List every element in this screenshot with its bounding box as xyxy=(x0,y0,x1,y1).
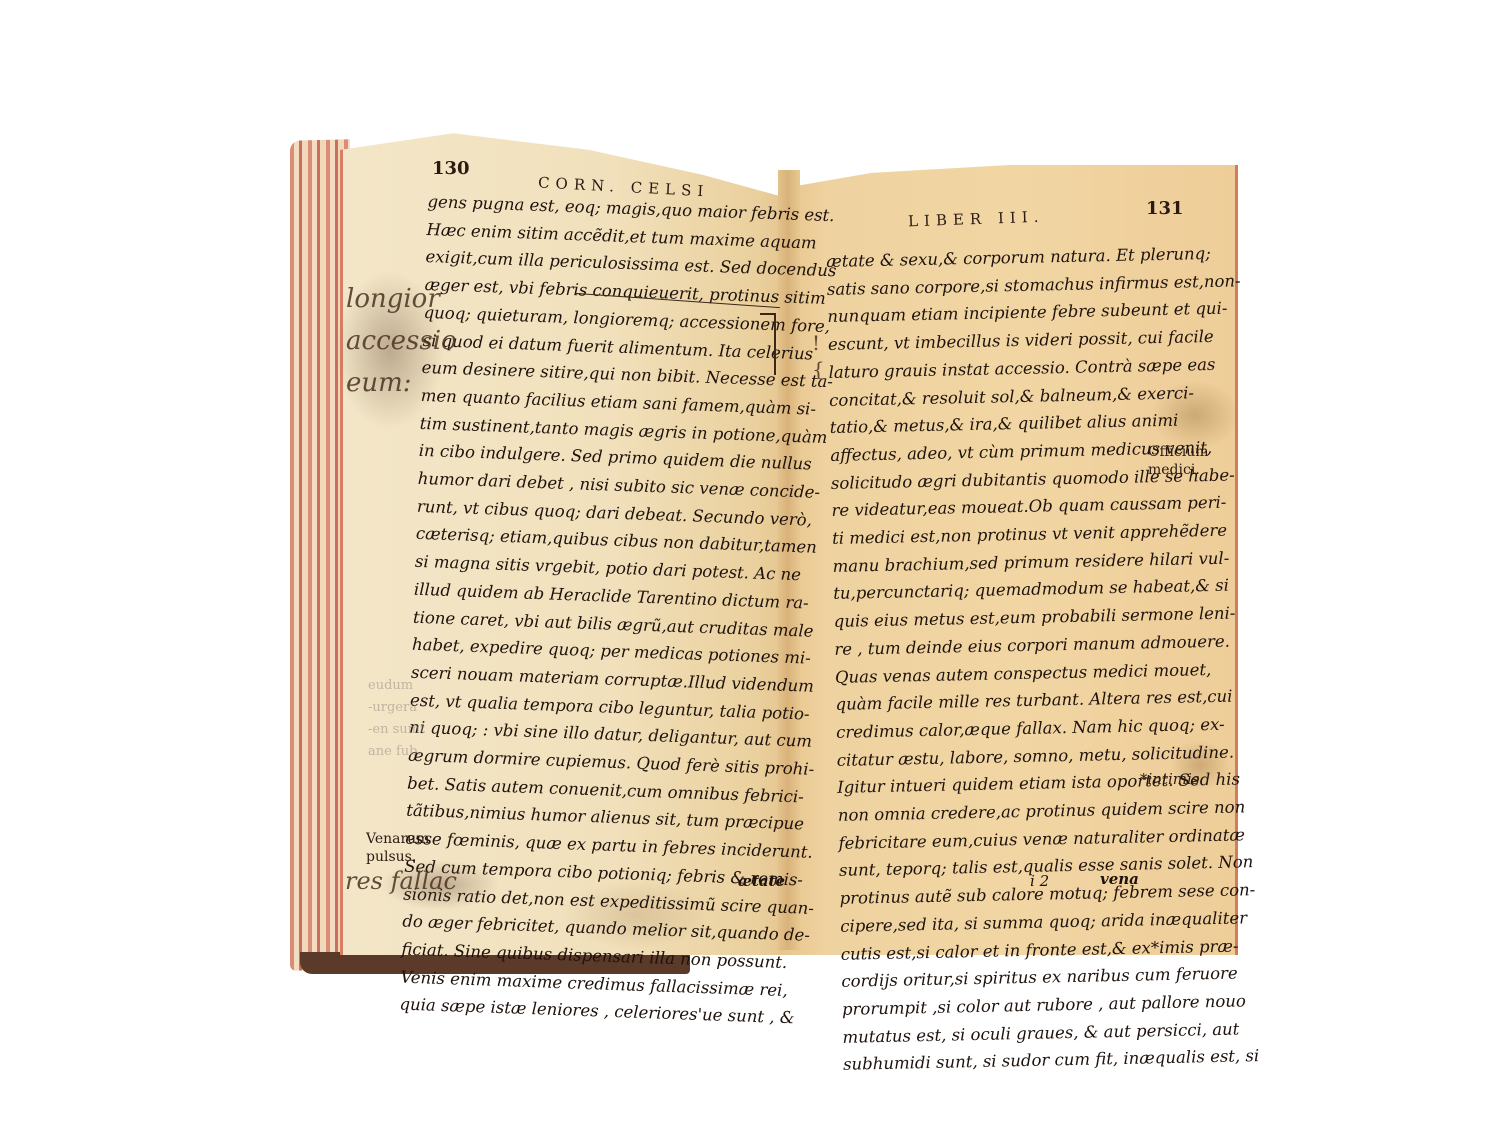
margin-note-line: Officium xyxy=(1148,443,1209,461)
right-page-text: ætate & sexu,& corporum natura. Et pleru… xyxy=(826,239,1259,1079)
ink-bracket xyxy=(760,313,776,375)
handwritten-line: accessio xyxy=(346,320,457,362)
page-number-left: 130 xyxy=(432,158,470,179)
handwritten-line: longior xyxy=(346,278,457,320)
page-number-right: 131 xyxy=(1146,198,1184,219)
handwritten-annotation: longior accessio eum: xyxy=(346,278,457,404)
margin-note-line: Venarum xyxy=(366,830,429,848)
catchword-right: vena xyxy=(1100,870,1139,888)
handwritten-line: eum: xyxy=(346,362,457,404)
handwritten-annotation-bottom: res fallac xyxy=(345,860,457,902)
open-book: 130 CORN. CELSI 131 LIBER III. gens pugn… xyxy=(0,0,1500,1127)
ink-mark: ! xyxy=(812,330,825,356)
bleed-through-text: eudum -urgera -en sumt ane fub. xyxy=(368,675,425,763)
bleed-line: -en sumt xyxy=(368,719,425,741)
bleed-line: -urgera xyxy=(368,697,425,719)
bleed-line: eudum xyxy=(368,675,425,697)
bleed-line: ane fub. xyxy=(368,741,425,763)
margin-note-line: medici. xyxy=(1148,461,1209,479)
ink-mark: { xyxy=(812,356,825,382)
ink-bracket-mark: ! { xyxy=(812,330,825,382)
signature-mark: i 2 xyxy=(1030,872,1049,890)
margin-note-officium: Officium medici. xyxy=(1148,443,1209,479)
margin-note-intimis: *intimis xyxy=(1140,770,1200,788)
catchword-left: ætate xyxy=(738,872,785,890)
